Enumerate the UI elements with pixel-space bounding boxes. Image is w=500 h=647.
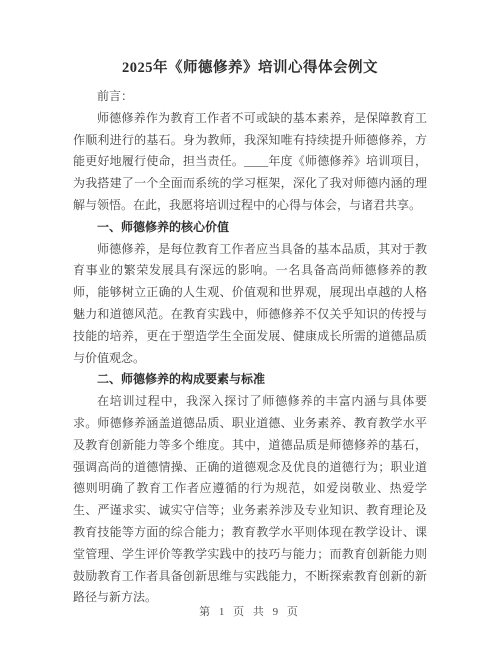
preface-paragraph: 师德修养作为教育工作者不可或缺的基本素养，是保障教育工作顺利进行的基石。身为教师…	[73, 108, 427, 217]
section-1-heading: 一、师德修养的核心价值	[73, 217, 427, 239]
section-2-heading: 二、师德修养的构成要素与标准	[73, 369, 427, 391]
section-1-paragraph: 师德修养，是每位教育工作者应当具备的基本品质，其对于教育事业的繁荣发展具有深远的…	[73, 239, 427, 370]
preface-label: 前言：	[73, 86, 427, 108]
document-title: 2025年《师德修养》培训心得体会例文	[73, 56, 427, 80]
document-page: 2025年《师德修养》培训心得体会例文 前言： 师德修养作为教育工作者不可或缺的…	[0, 0, 500, 647]
page-number-footer: 第 1 页 共 9 页	[0, 604, 500, 620]
section-2-paragraph: 在培训过程中，我深入探讨了师德修养的丰富内涵与具体要求。师德修养涵盖道德品质、职…	[73, 391, 427, 609]
